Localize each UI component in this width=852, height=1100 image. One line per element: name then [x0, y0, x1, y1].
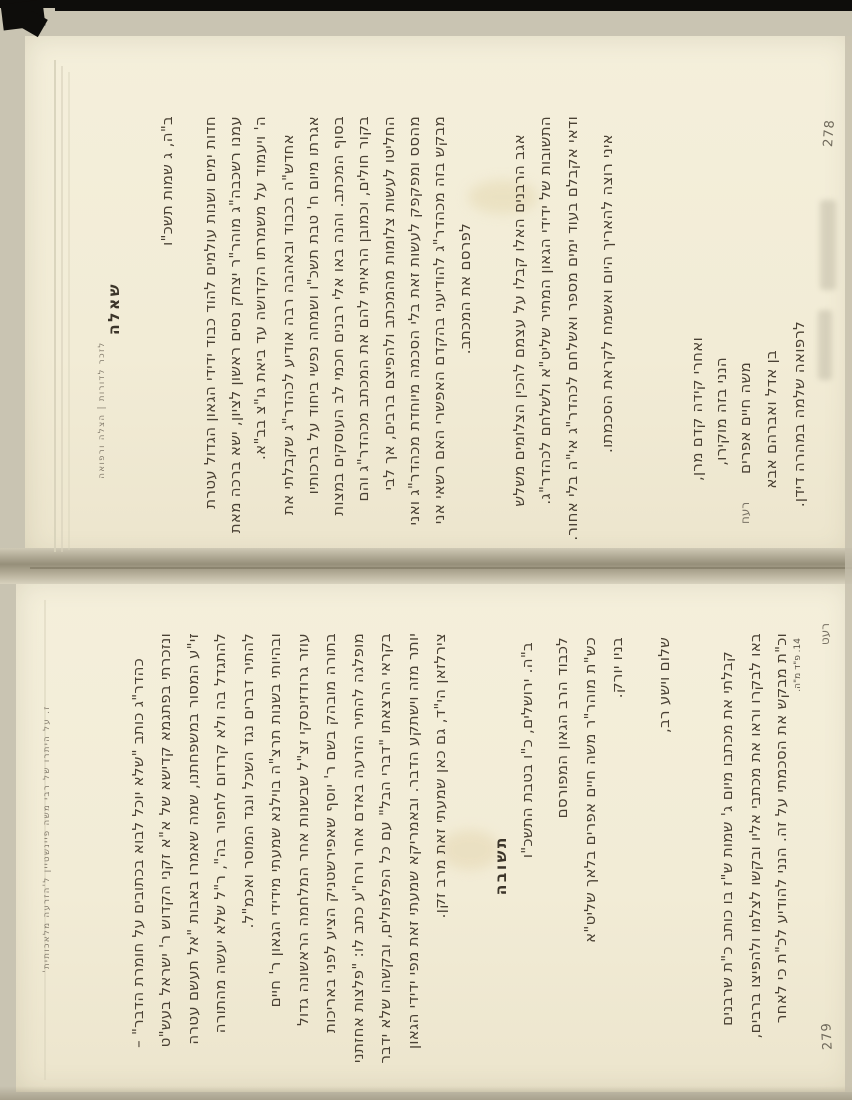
text-line: עמנו רשכבה"ג מוהר"ר יצחק נסים ראשון לציו…	[226, 116, 244, 533]
text-line: ה' ויעמוד על משמרתו הקדושה עד ביאת גו"צ …	[251, 116, 269, 460]
text-line: כהדר"ג כותב "שלא יוכל לבוא בכתובים על חו…	[129, 658, 147, 1048]
hebrew-folio-279: רעט	[818, 623, 832, 645]
footnote-14: 14. פ"ד מ"ה.	[793, 638, 803, 692]
text-line: ואחרי קידה קדם מרן,	[688, 337, 706, 481]
text-line: החליטו לעשות צלומות מהמכתב ולהפיצם ברבים…	[380, 116, 398, 490]
page-edge-streak	[54, 60, 56, 552]
page-279: ז. על היתרו של רבי משה פיינשטיין ל'הזרעה…	[20, 585, 852, 1095]
section-heading-answer: תשובה	[492, 835, 510, 895]
text-line: עוזר גרודזינסקי זצ"ל שבשנות אחר המלחמה ה…	[294, 633, 312, 1026]
text-line: אגרתו מיום ח' טבת תשכ"ו ושמחה נפשי ביחוד…	[304, 116, 322, 494]
text-line: בן אדל ואברהם אבא	[762, 350, 780, 489]
text-line: להתגדל בה ולא קרדום לחפור בה", ר"ל שלא י…	[211, 633, 229, 1033]
hebrew-folio-278: רעח	[738, 502, 752, 524]
text-line: וכ"ת מבקש את הסכמתי על זה. הנני להודיע ל…	[772, 633, 790, 1023]
text-line: כש"ת מוהר"ר משה חיים אפרים בלאך שליט"א	[581, 637, 599, 943]
text-line: אגב הרבנים האלו קבלו על עצמם להכין הצלומ…	[510, 134, 528, 507]
text-line: ודאי אקבלם בעוד ימים מספר ואשלחם לכהדר"ג…	[563, 116, 581, 541]
text-line: בתורה מובהק בשם ר' יוסף שאפירשטניק הציע …	[321, 633, 339, 1033]
text-line: לכבוד הרב הגאון המפורסם	[553, 637, 571, 818]
running-head: לזכר לדורות | הצלה ורפואה	[97, 312, 107, 508]
text-line: מהסס ומפקפק לעשות זאת בלי הסכמה מיוחדת מ…	[405, 116, 423, 525]
text-line: יותר מזה וישתקע הדבר. ובאמריקא שמעתי זאת…	[404, 633, 422, 1049]
text-line: מופלגה להתיר הזרעה באדם אחר ורח"ע כתב לו…	[349, 633, 367, 1063]
running-head: ז. על היתרו של רבי משה פיינשטיין ל'הזרעה…	[42, 620, 52, 1058]
text-line: בקור חולים, וכמובן הראיתי להם את המכתב מ…	[354, 116, 372, 502]
page-number-278: 278	[821, 119, 838, 148]
section-heading-question: שאלה	[105, 282, 123, 335]
text-line: הנני בזה מוקירו,	[712, 357, 730, 466]
text-line: לרפואה שלמה במהרה דידן.	[790, 321, 808, 507]
text-line: לפרסם את המכתב.	[456, 223, 474, 354]
text-line: התשובות של ידידי הגאון המתיר שליט"א ולשל…	[536, 116, 554, 505]
text-line: בקראי הרצאתו "דברי הבל" עם כל הפלפולים, …	[376, 633, 394, 1064]
text-line: חדות ימים ושנות עולמים להוד כבוד ידידי ה…	[201, 116, 219, 509]
text-line: להתיר דברים נגד השכל ונגד המוסר ואכמ"ל.	[239, 633, 257, 928]
text-line: ב"ה, ג שמות תשכ"ו	[158, 116, 176, 246]
book-spine-line	[30, 567, 852, 569]
text-line: אחדש"ה בכבוד ובאהבה רבה אודיע לכהדר"ג שק…	[279, 134, 297, 515]
text-line: משה חיים אפרים	[736, 362, 754, 474]
text-line: בסוף המכתב. והנה באו אלי רבנים חכמי לב ה…	[329, 116, 347, 516]
text-line: קבלתי את מכתבו מיום ג' שמות ש"ז בו כותב …	[718, 651, 736, 1026]
page-edge-streak	[68, 72, 70, 550]
text-line: באו לבקרו וראו את מכתבי אליו ובקשו לצלמו…	[746, 633, 764, 1039]
text-line: צירלזאן הי"ד, גם כאן שמעתי זאת מרב זקן.	[431, 633, 449, 918]
page-278: לזכר לדורות | הצלה ורפואה שאלה ב"ה, ג שמ…	[85, 57, 850, 560]
text-line: בניו יורק.	[608, 637, 626, 698]
text-line: מבקש בזה מכהדר"ג להודיעני בהקדם האפשרי ה…	[430, 116, 448, 524]
text-line: ובהיותי בשנות תרצ"ה בוילנא שמעתי מידידי …	[266, 633, 284, 1007]
text-line: ונזכרתי בפתגמא קדישא של א"א זקני הקדוש ר…	[156, 633, 174, 1047]
text-line: זי"ע המסור במשפחתנו, שמה שאמרו באבות "אל…	[184, 633, 202, 1045]
page-number-279: 279	[819, 1022, 835, 1051]
scanned-book-spread: { "document": { "kind": "scanned Hebrew …	[0, 0, 852, 1100]
page-edge-streak	[61, 66, 63, 552]
text-line: ב"ה. ירושלים, כ"ו בטבת התשכ"ו	[518, 642, 536, 858]
text-line: איני רוצה להאריך היום ואשמח לקראת הסכמתו…	[598, 134, 616, 453]
text-line: שלום וישע רב,	[655, 637, 673, 733]
scan-edge-bar-top	[55, 0, 852, 11]
